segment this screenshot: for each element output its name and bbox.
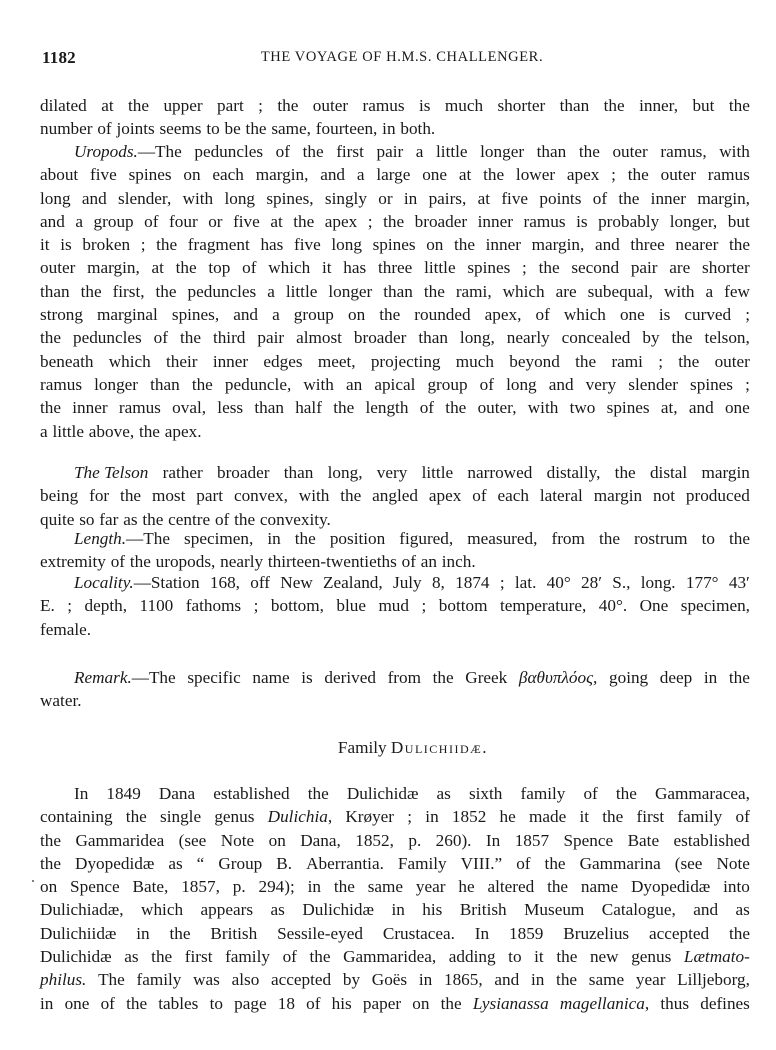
text-line: theDyopedidæas“GroupB.Aberrantia.FamilyV… <box>40 852 750 875</box>
text-line: theGammaridea(seeNoteonDana,1852,p.260).… <box>40 829 750 852</box>
text-line: itisbroken;thefragmenthasfivelongspineso… <box>40 233 750 256</box>
text-line: E.;depth,1100fathoms;bottom,bluemud;bott… <box>40 594 750 617</box>
paragraph-telson: The Telsonratherbroaderthanlong,verylitt… <box>40 461 750 531</box>
text-line: Length.—Thespecimen,inthepositionfigured… <box>40 527 750 550</box>
text-line: beneathwhichtheirinneredgesmeet,projecti… <box>40 350 750 373</box>
text-line: beingforthemostpartconvex,withtheangleda… <box>40 484 750 507</box>
text-line: Uropods.—Thepedunclesofthefirstpairalitt… <box>40 140 750 163</box>
text-line: In1849DanaestablishedtheDulichidæassixth… <box>40 782 750 805</box>
text-line: DulichidæasthefirstfamilyoftheGammaridea… <box>40 945 750 968</box>
paragraph-locality: Locality.—Station168,offNewZealand,July8… <box>40 571 750 641</box>
text-line: Locality.—Station168,offNewZealand,July8… <box>40 571 750 594</box>
running-title: THE VOYAGE OF H.M.S. CHALLENGER. <box>42 49 752 66</box>
section-heading-prefix: Family <box>338 738 387 757</box>
text-line: thepedunclesofthethirdpairalmostbroadert… <box>40 326 750 349</box>
text-line: philus.ThefamilywasalsoacceptedbyGoësin1… <box>40 968 750 991</box>
text-line: andagroupoffourorfiveattheapex;thebroade… <box>40 210 750 233</box>
text-line: dilatedattheupperpart;theouterramusismuc… <box>40 94 750 117</box>
text-line: strongmarginalspines,andagroupontheround… <box>40 303 750 326</box>
paragraph-uropods: Uropods.—Thepedunclesofthefirstpairalitt… <box>40 140 750 443</box>
text-line: containingthesinglegenusDulichia,Krøyer;… <box>40 805 750 828</box>
paragraph-family-dulichiidae: In1849DanaestablishedtheDulichidæassixth… <box>40 782 750 1015</box>
paragraph-lead: The Telson <box>74 461 148 484</box>
text-line: theinnerramusoval,lessthanhalfthelengtho… <box>40 396 750 419</box>
text-line: female. <box>40 618 750 641</box>
paragraph-lead: Length.—The <box>74 527 170 550</box>
text-line: water. <box>40 689 750 712</box>
section-heading-family-name: Dulichiidæ. <box>391 738 488 757</box>
text-line: The Telsonratherbroaderthanlong,verylitt… <box>40 461 750 484</box>
paragraph-remark: Remark.—ThespecificnameisderivedfromtheG… <box>40 666 750 713</box>
text-line: ramuslongerthanthepeduncle,withanapicalg… <box>40 373 750 396</box>
scan-speck <box>32 880 34 882</box>
paragraph-lead: Locality.—Station <box>74 571 200 594</box>
section-heading: Family Dulichiidæ. <box>40 738 768 758</box>
page-header: 1182 THE VOYAGE OF H.M.S. CHALLENGER. <box>42 48 752 72</box>
text-line: longandslender,withlongspines,singlyorin… <box>40 187 750 210</box>
text-line: outermargin,atthetopofwhichithasthreelit… <box>40 256 750 279</box>
text-line: inoneofthetablestopage18ofhispaperontheL… <box>40 992 750 1015</box>
paragraph-length: Length.—Thespecimen,inthepositionfigured… <box>40 527 750 574</box>
text-line: alittleabove,theapex. <box>40 420 750 443</box>
paragraph-lead: Uropods.—The <box>74 140 182 163</box>
text-line: Dulichiadæ,whichappearsasDulichidæinhisB… <box>40 898 750 921</box>
text-line: thanthefirst,thepedunclesalittlelongerth… <box>40 280 750 303</box>
text-line: onSpenceBate,1857,p.294);inthesameyearhe… <box>40 875 750 898</box>
greek-word: βαθυπλόος, <box>519 666 597 689</box>
text-line: aboutfivespinesoneachmargin,andalargeone… <box>40 163 750 186</box>
text-line: Remark.—ThespecificnameisderivedfromtheG… <box>40 666 750 689</box>
text-line: numberofjointsseemstobethesame,fourteen,… <box>40 117 750 140</box>
paragraph-lead: Remark.—The <box>74 666 176 689</box>
text-line: DulichiidæintheBritishSessile-eyedCrusta… <box>40 922 750 945</box>
paragraph-antennae-continued: dilatedattheupperpart;theouterramusismuc… <box>40 94 750 141</box>
